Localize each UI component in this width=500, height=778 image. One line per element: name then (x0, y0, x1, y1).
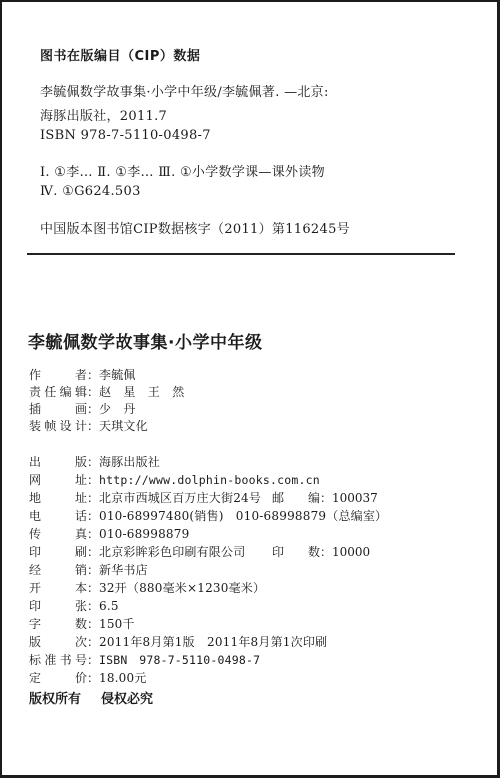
rights-reserved: 版权所有 (29, 692, 81, 707)
credit-label: 装帧设计 (29, 417, 87, 435)
credit-value: 少 丹 (99, 400, 136, 418)
pub-row-website: 网址：http://www.dolphin-books.com.cn (29, 471, 320, 489)
pub-row-format: 开本：32开（880毫米×1230毫米） (29, 579, 265, 597)
pub-row-fax: 传真：010-68998879 (29, 525, 189, 543)
pub-value: 海豚出版社 (99, 453, 160, 471)
pub-row-edition: 版次：2011年8月第1版 2011年8月第1次印刷 (29, 633, 327, 651)
credit-value: 天琪文化 (99, 417, 148, 435)
cip-line-title: 李毓佩数学故事集·小学中年级/李毓佩著. —北京: (40, 81, 329, 100)
copyright-page: 图书在版编目（CIP）数据 李毓佩数学故事集·小学中年级/李毓佩著. —北京: … (0, 0, 500, 778)
pub-value: 18.00元 (99, 669, 147, 687)
pub-row-isbn: 标准书号：ISBN 978-7-5110-0498-7 (29, 651, 260, 669)
pub-row-publisher: 出版：海豚出版社 (29, 453, 160, 471)
credit-label: 插画 (29, 400, 87, 418)
pub-label: 传真 (29, 525, 87, 543)
pub-value: 2011年8月第1版 2011年8月第1次印刷 (99, 633, 327, 651)
postcode-value: 100037 (332, 489, 378, 507)
credit-row-author: 作者：李毓佩 (29, 366, 136, 384)
pub-value: 010-68998879 (99, 525, 189, 543)
pub-label: 印张 (29, 597, 87, 615)
section-divider (27, 253, 455, 255)
pub-label: 出版 (29, 453, 87, 471)
pub-row-printer: 印刷：北京彩眸彩色印刷有限公司 印数：10000 (29, 543, 449, 561)
pub-label: 开本 (29, 579, 87, 597)
pub-label: 印刷 (29, 543, 87, 561)
cip-heading: 图书在版编目（CIP）数据 (40, 45, 200, 64)
pub-label: 地址 (29, 489, 87, 507)
credit-row-editor: 责任编辑：赵 星 王 然 (29, 383, 184, 401)
colon: ： (87, 633, 99, 651)
colon: ： (87, 417, 99, 435)
pub-label: 标准书号 (29, 651, 87, 669)
cip-line-publisher: 海豚出版社，2011.7 (40, 105, 167, 124)
pub-label: 网址 (29, 471, 87, 489)
pub-row-phone: 电话：010-68997480(销售) 010-68998879（总编室） (29, 507, 387, 525)
colon: ： (87, 366, 99, 384)
infringement-notice: 侵权必究 (101, 692, 153, 707)
pub-label: 经销 (29, 561, 87, 579)
print-run-label: 印数 (272, 543, 320, 561)
credit-value: 李毓佩 (99, 366, 136, 384)
colon: ： (87, 400, 99, 418)
pub-value: 150千 (99, 615, 135, 633)
colon: ： (87, 471, 99, 489)
pub-value: 6.5 (99, 597, 119, 615)
postcode-label: 邮编 (272, 489, 320, 507)
pub-value: 32开（880毫米×1230毫米） (99, 579, 265, 597)
pub-row-sheets: 印张：6.5 (29, 597, 119, 615)
cip-line-isbn: ISBN 978-7-5110-0498-7 (40, 128, 211, 143)
pub-value: 北京彩眸彩色印刷有限公司 (99, 543, 245, 561)
pub-value: 北京市西城区百万庄大街24号 (99, 489, 261, 507)
pub-value: 新华书店 (99, 561, 148, 579)
colon: ： (87, 525, 99, 543)
colon: ： (87, 669, 99, 687)
credit-label: 责任编辑 (29, 383, 87, 401)
pub-label: 定价 (29, 669, 87, 687)
cip-line-record-number: 中国版本图书馆CIP数据核字（2011）第116245号 (40, 218, 350, 237)
credit-row-illustrator: 插画：少 丹 (29, 400, 136, 418)
colon: ： (87, 507, 99, 525)
pub-row-price: 定价：18.00元 (29, 669, 147, 687)
pub-row-word-count: 字数：150千 (29, 615, 135, 633)
credit-value: 赵 星 王 然 (99, 383, 184, 401)
book-title: 李毓佩数学故事集·小学中年级 (28, 328, 262, 353)
pub-label: 电话 (29, 507, 87, 525)
website-link: http://www.dolphin-books.com.cn (99, 471, 320, 489)
colon: ： (320, 489, 332, 507)
cip-line-classification: Ⅳ. ①G624.503 (40, 184, 141, 199)
copyright-notice: 版权所有侵权必究 (29, 688, 153, 707)
colon: ： (87, 597, 99, 615)
colon: ： (87, 543, 99, 561)
pub-value: ISBN 978-7-5110-0498-7 (99, 651, 260, 669)
pub-label: 字数 (29, 615, 87, 633)
pub-label: 版次 (29, 633, 87, 651)
colon: ： (87, 453, 99, 471)
colon: ： (87, 651, 99, 669)
credit-label: 作者 (29, 366, 87, 384)
colon: ： (87, 561, 99, 579)
colon: ： (87, 579, 99, 597)
print-run-value: 10000 (332, 543, 370, 561)
credit-row-designer: 装帧设计：天琪文化 (29, 417, 148, 435)
colon: ： (320, 543, 332, 561)
pub-row-address: 地址：北京市西城区百万庄大街24号 邮编：100037 (29, 489, 449, 507)
colon: ： (87, 615, 99, 633)
colon: ： (87, 489, 99, 507)
colon: ： (87, 383, 99, 401)
cip-line-subjects: Ⅰ. ①李… Ⅱ. ①李… Ⅲ. ①小学数学课—课外读物 (40, 161, 325, 180)
pub-value: 010-68997480(销售) 010-68998879（总编室） (99, 507, 387, 525)
pub-row-distributor: 经销：新华书店 (29, 561, 148, 579)
